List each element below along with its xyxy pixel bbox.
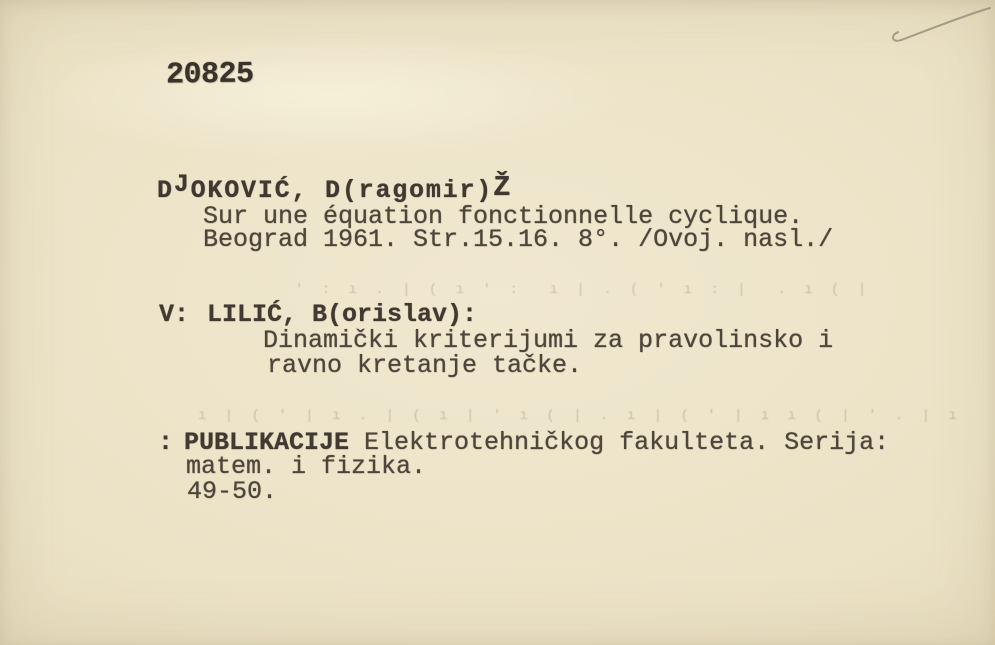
- reference-author: LILIĆ, B(orislav):: [207, 302, 477, 328]
- series-line-rest: Elektrotehničkog fakulteta. Serija:: [349, 428, 889, 457]
- catalog-card: 20825 DJOKOVIĆ, D(ragomir)Ž Sur une équa…: [0, 0, 995, 645]
- heading-rest: OKOVIĆ, D(ragomir): [191, 176, 493, 205]
- accession-number: 20825: [166, 60, 254, 91]
- reference-label: V:: [159, 302, 189, 328]
- heading-initial-mark: Ž: [493, 175, 510, 201]
- series-label: :: [158, 430, 173, 456]
- author-heading: DJOKOVIĆ, D(ragomir)Ž: [157, 177, 510, 204]
- erased-text-line: ı | ( ' | ı . | ( ı | ' ı ( | . ı | ( ' …: [198, 408, 973, 424]
- reference-work-line: ravno kretanje tačke.: [267, 353, 582, 379]
- pen-checkmark-icon: [866, 2, 995, 60]
- series-volume-numbers: 49-50.: [187, 479, 277, 505]
- heading-first-letter: D: [157, 176, 174, 205]
- imprint-line: Beograd 1961. Str.15.16. 8°. /Ovoj. nasl…: [203, 227, 833, 253]
- heading-raised-letter: J: [174, 172, 191, 198]
- erased-text-line: ' : ı . | ( ı ' : ı | . ( ' ı : | . ı ( …: [295, 282, 880, 298]
